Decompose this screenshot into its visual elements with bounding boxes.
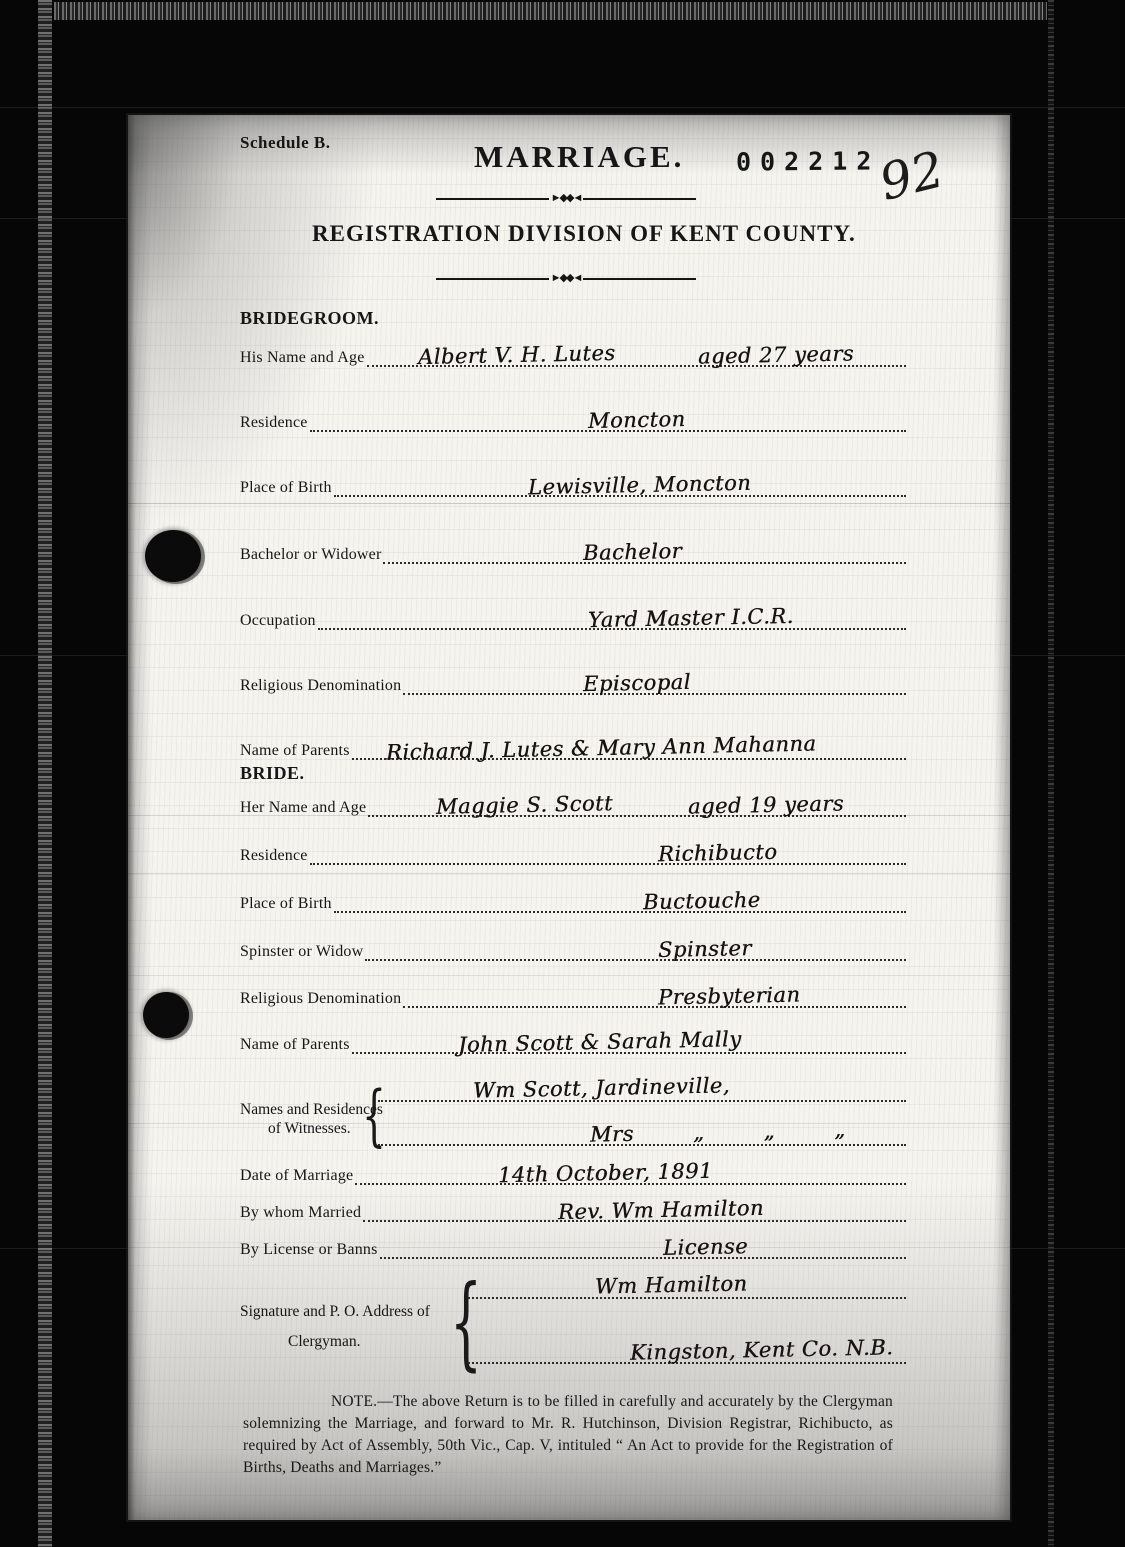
diamond-ornament-icon: ►◆◆◄: [549, 193, 584, 204]
form-field-row: Spinster or WidowSpinster: [240, 933, 906, 961]
handwritten-value: Spinster: [658, 938, 752, 961]
scratch-line: [128, 503, 1010, 504]
field-label: Place of Birth: [240, 479, 334, 497]
schedule-label: Schedule B.: [240, 133, 331, 153]
form-field-row: OccupationYard Master I.C.R.: [240, 602, 906, 630]
handwritten-value: Albert V. H. Lutes: [418, 343, 616, 368]
field-label: Name of Parents: [240, 1036, 352, 1054]
divider-ornament: ►◆◆◄: [436, 273, 696, 284]
handwritten-address: Kingston, Kent Co. N.B.: [630, 1337, 894, 1364]
handwritten-value: Richibucto: [658, 842, 778, 865]
field-label: Date of Marriage: [240, 1167, 355, 1185]
film-top-edge: [54, 2, 1047, 20]
clergyman-address-line: Kingston, Kent Co. N.B.: [468, 1334, 906, 1364]
form-field-row: Her Name and AgeMaggie S. Scottaged 19 y…: [240, 789, 906, 817]
footer-note: NOTE.—The above Return is to be filled i…: [243, 1391, 893, 1479]
divider-ornament: ►◆◆◄: [436, 193, 696, 204]
field-label: Name of Parents: [240, 742, 352, 760]
field-label: Bachelor or Widower: [240, 546, 383, 564]
dotted-line: [365, 931, 906, 961]
page-title: MARRIAGE.: [474, 139, 684, 175]
field-label: Religious Denomination: [240, 677, 403, 695]
scan-artifact-line: [0, 107, 1125, 108]
handwritten-value: License: [663, 1236, 749, 1259]
field-label: Residence: [240, 847, 310, 865]
field-label: Religious Denomination: [240, 990, 403, 1008]
form-field-row: Name of ParentsJohn Scott & Sarah Mally: [240, 1026, 906, 1054]
handwritten-page-number: 92: [874, 140, 950, 212]
handwritten-value: Maggie S. Scott: [436, 793, 613, 818]
field-label: Residence: [240, 414, 310, 432]
form-field-row: Religious DenominationEpiscopal: [240, 667, 906, 695]
handwritten-value: aged 27 years: [698, 343, 854, 367]
division-title: REGISTRATION DIVISION OF KENT COUNTY.: [312, 221, 856, 247]
clergyman-signature-line: Wm Hamilton: [468, 1269, 906, 1299]
form-field-row: Date of Marriage14th October, 1891: [240, 1157, 906, 1185]
handwritten-value: Moncton: [588, 409, 686, 432]
handwritten-value: Buctouche: [643, 890, 761, 913]
punch-hole: [145, 530, 201, 582]
form-field-row: Religious DenominationPresbyterian: [240, 980, 906, 1008]
dotted-line: [310, 835, 906, 865]
film-edge-strip: [38, 0, 52, 1547]
scratch-line: [128, 873, 1010, 874]
diamond-ornament-icon: ►◆◆◄: [549, 273, 584, 284]
film-right-edge-line: [1048, 0, 1054, 1547]
witness-entry-line: Wm Scott, Jardineville,: [378, 1072, 906, 1102]
clergyman-label: Clergyman.: [288, 1333, 360, 1351]
dotted-line: [334, 883, 906, 913]
handwritten-witness: Wm Scott, Jardineville,: [473, 1075, 730, 1101]
handwritten-witness: Mrs „ „ „: [590, 1119, 846, 1145]
marriage-registration-form: Schedule B. MARRIAGE. 002212 92 ►◆◆◄ REG…: [128, 115, 1010, 1520]
field-label: Spinster or Widow: [240, 943, 365, 961]
form-field-row: His Name and AgeAlbert V. H. Lutesaged 2…: [240, 339, 906, 367]
witnesses-label: of Witnesses.: [268, 1120, 351, 1138]
witnesses-label: Names and Residences: [240, 1101, 383, 1119]
form-field-row: Name of ParentsRichard J. Lutes & Mary A…: [240, 732, 906, 760]
clergyman-label: Signature and P. O. Address of: [240, 1303, 430, 1321]
microfilm-scan: Schedule B. MARRIAGE. 002212 92 ►◆◆◄ REG…: [0, 0, 1125, 1547]
serial-number-stamp: 002212: [736, 146, 881, 176]
handwritten-value: 14th October, 1891: [498, 1161, 713, 1186]
handwritten-signature: Wm Hamilton: [595, 1273, 748, 1297]
bridegroom-section-header: BRIDEGROOM.: [240, 308, 379, 329]
form-field-row: ResidenceMoncton: [240, 404, 906, 432]
handwritten-value: Yard Master I.C.R.: [588, 606, 794, 631]
form-field-row: By whom MarriedRev. Wm Hamilton: [240, 1194, 906, 1222]
dotted-line: [403, 978, 906, 1008]
form-field-row: ResidenceRichibucto: [240, 837, 906, 865]
witness-entry-line: Mrs „ „ „: [378, 1116, 906, 1146]
handwritten-value: Bachelor: [583, 541, 682, 564]
handwritten-value: Lewisville, Moncton: [528, 473, 752, 499]
dotted-line: [380, 1229, 906, 1259]
field-label: By whom Married: [240, 1204, 363, 1222]
bride-section-header: BRIDE.: [240, 763, 305, 784]
punch-hole: [143, 992, 189, 1038]
form-field-row: Place of BirthBuctouche: [240, 885, 906, 913]
scratch-line: [128, 975, 1010, 976]
field-label: Occupation: [240, 612, 318, 630]
field-label: Her Name and Age: [240, 799, 368, 817]
handwritten-value: Presbyterian: [658, 985, 801, 1009]
handwritten-value: Rev. Wm Hamilton: [558, 1198, 764, 1223]
form-field-row: By License or BannsLicense: [240, 1231, 906, 1259]
field-label: By License or Banns: [240, 1241, 380, 1259]
handwritten-value: aged 19 years: [688, 793, 844, 817]
handwritten-value: Episcopal: [583, 672, 691, 695]
form-field-row: Place of BirthLewisville, Moncton: [240, 469, 906, 497]
form-field-row: Bachelor or WidowerBachelor: [240, 536, 906, 564]
field-label: Place of Birth: [240, 895, 334, 913]
field-label: His Name and Age: [240, 349, 367, 367]
